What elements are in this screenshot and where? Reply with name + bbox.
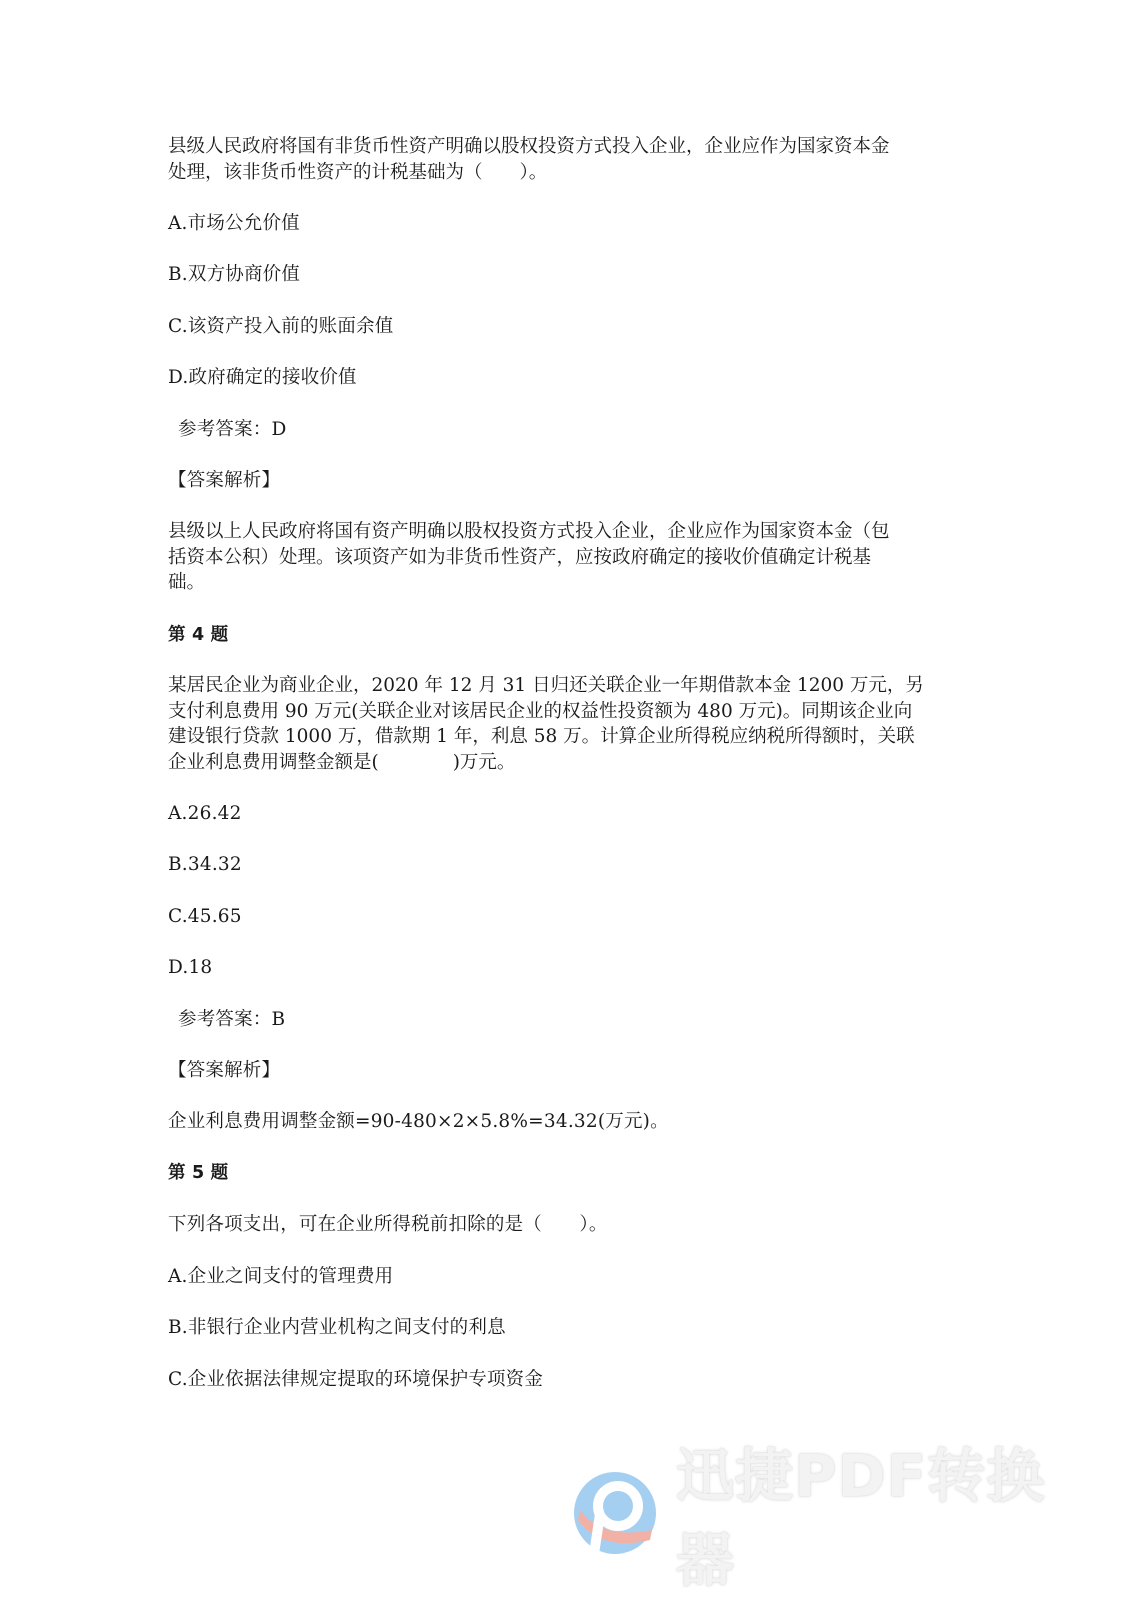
q4-analysis: 企业利息费用调整金额=90-480×2×5.8%=34.32(万元)。 xyxy=(168,1109,669,1135)
q4-option-b: B.34.32 xyxy=(168,852,242,878)
watermark: 迅捷PDF转换器 xyxy=(572,1458,1092,1568)
q4-option-c: C.45.65 xyxy=(168,904,242,930)
q4-stem-line: 支付利息费用 90 万元(关联企业对该居民企业的权益性投资额为 480 万元)。… xyxy=(168,699,943,725)
q3-option-c: C.该资产投入前的账面余值 xyxy=(168,314,393,340)
q4-stem-line: 企业利息费用调整金额是( )万元。 xyxy=(168,750,943,776)
q4-option-a: A.26.42 xyxy=(168,801,242,827)
q3-analysis-title: 【答案解析】 xyxy=(168,468,280,494)
pdf-converter-logo-icon xyxy=(572,1470,658,1556)
q3-analysis-line: 县级以上人民政府将国有资产明确以股权投资方式投入企业，企业应作为国家资本金（包 xyxy=(168,519,943,545)
q3-answer: 参考答案：D xyxy=(178,417,287,443)
q4-stem-line: 某居民企业为商业企业，2020 年 12 月 31 日归还关联企业一年期借款本金… xyxy=(168,673,943,699)
q3-stem-line: 处理，该非货币性资产的计税基础为（ ）。 xyxy=(168,160,943,186)
q5-heading: 第 5 题 xyxy=(168,1161,228,1187)
q3-stem: 县级人民政府将国有非货币性资产明确以股权投资方式投入企业，企业应作为国家资本金 … xyxy=(168,134,943,185)
q4-analysis-title: 【答案解析】 xyxy=(168,1058,280,1084)
q4-stem-line: 建设银行贷款 1000 万，借款期 1 年，利息 58 万。计算企业所得税应纳税… xyxy=(168,724,943,750)
q3-analysis: 县级以上人民政府将国有资产明确以股权投资方式投入企业，企业应作为国家资本金（包 … xyxy=(168,519,943,596)
q5-option-b: B.非银行企业内营业机构之间支付的利息 xyxy=(168,1315,506,1341)
q5-option-a: A.企业之间支付的管理费用 xyxy=(168,1264,393,1290)
q3-option-d: D.政府确定的接收价值 xyxy=(168,365,357,391)
watermark-text: 迅捷PDF转换器 xyxy=(676,1429,1092,1597)
q3-option-b: B.双方协商价值 xyxy=(168,262,300,288)
q3-analysis-line: 础。 xyxy=(168,570,943,596)
q4-answer: 参考答案：B xyxy=(178,1007,285,1033)
q3-option-a: A.市场公允价值 xyxy=(168,211,300,237)
q3-stem-line: 县级人民政府将国有非货币性资产明确以股权投资方式投入企业，企业应作为国家资本金 xyxy=(168,134,943,160)
q4-option-d: D.18 xyxy=(168,955,212,981)
q5-option-c: C.企业依据法律规定提取的环境保护专项资金 xyxy=(168,1367,543,1393)
q4-heading: 第 4 题 xyxy=(168,623,228,649)
q4-stem: 某居民企业为商业企业，2020 年 12 月 31 日归还关联企业一年期借款本金… xyxy=(168,673,943,775)
q5-stem: 下列各项支出，可在企业所得税前扣除的是（ ）。 xyxy=(168,1212,608,1238)
q3-analysis-line: 括资本公积）处理。该项资产如为非货币性资产，应按政府确定的接收价值确定计税基 xyxy=(168,545,943,571)
